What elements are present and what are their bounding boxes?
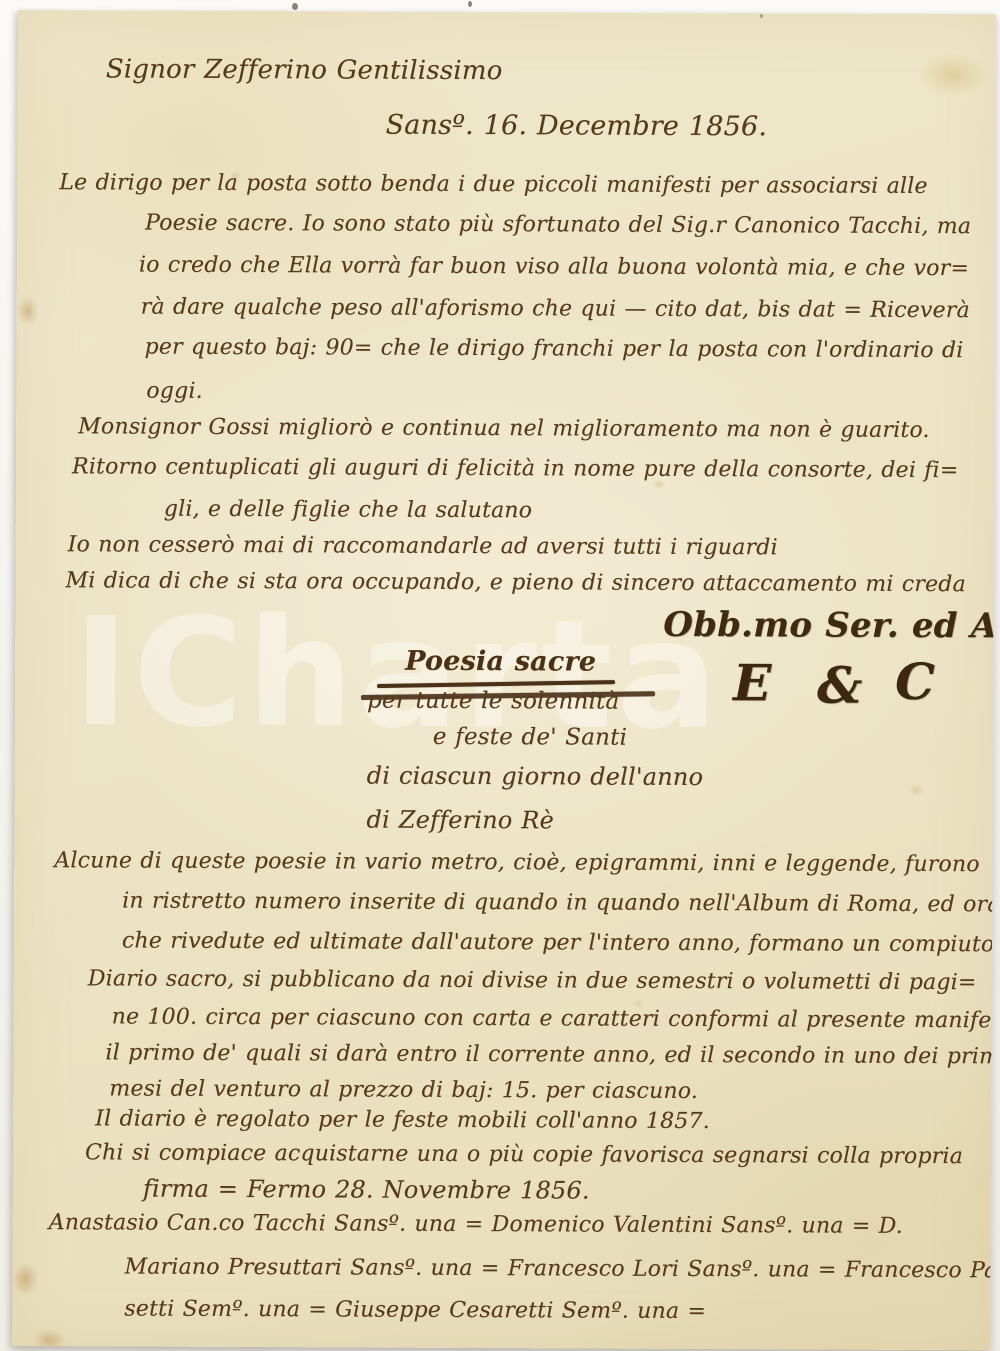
letter-body-line: Ritorno centuplicati gli auguri di felic… bbox=[72, 454, 959, 483]
letter-body-line: io credo che Ella vorrà far buon viso al… bbox=[139, 253, 969, 282]
scan-speck bbox=[292, 3, 298, 10]
manifesto-subtitle-line: per tutte le solennità bbox=[367, 688, 619, 715]
manifesto-subtitle-line: di Zefferino Rè bbox=[366, 806, 554, 835]
signature-flourish: & bbox=[817, 655, 862, 714]
manifesto-note-line: Il diario è regolato per le feste mobili… bbox=[95, 1106, 710, 1134]
salutation-line: Signor Zefferino Gentilissimo bbox=[106, 54, 503, 86]
letter-body-line: Io non cesserò mai di raccomandarle ad a… bbox=[68, 532, 778, 560]
paper-sheet: ICharta Signor Zefferino Gentilissimo Sa… bbox=[12, 10, 996, 1350]
letter-body-line: Le dirigo per la posta sotto benda i due… bbox=[59, 170, 928, 199]
manifesto-body-line: che rivedute ed ultimate dall'autore per… bbox=[122, 928, 995, 957]
subscribers-line: Anastasio Can.co Tacchi Sansº. una = Dom… bbox=[49, 1210, 903, 1239]
letter-body-line: oggi. bbox=[146, 379, 203, 404]
letter-body-line: gli, e delle figlie che la salutano bbox=[164, 497, 532, 524]
paper-stain bbox=[918, 52, 988, 98]
foxing-spot bbox=[909, 784, 925, 796]
paper-stain bbox=[32, 1328, 66, 1350]
manifesto-body-line: ne 100. circa per ciascuno con carta e c… bbox=[112, 1004, 996, 1033]
scan-background: ICharta Signor Zefferino Gentilissimo Sa… bbox=[0, 0, 1000, 1351]
manifesto-note-line: Chi si compiace acquistarne una o più co… bbox=[85, 1140, 963, 1169]
signature-inscription: Obb.mo Ser. ed Am.o bbox=[663, 605, 996, 647]
manifesto-title: Poesia sacre bbox=[405, 646, 596, 678]
paper-stain bbox=[12, 1262, 38, 1296]
letter-body-line: Monsignor Gossi migliorò e continua nel … bbox=[78, 414, 930, 443]
subscribers-line: Mariano Presuttari Sansº. una = Francesc… bbox=[124, 1254, 996, 1283]
manifesto-subtitle-line: di ciascun giorno dell'anno bbox=[367, 762, 704, 791]
paper-stain bbox=[17, 296, 39, 326]
manifesto-body-line: Alcune di queste poesie in vario metro, … bbox=[54, 848, 980, 877]
signature-flourish: C bbox=[895, 652, 935, 711]
letter-body-line: Poesie sacre. Io sono stato più sfortuna… bbox=[145, 211, 971, 240]
subscribers-line: setti Semº. una = Giuseppe Cesaretti Sem… bbox=[124, 1296, 706, 1324]
manifesto-body-line: il primo de' quali si darà entro il corr… bbox=[105, 1040, 996, 1069]
letter-body-line: per questo baj: 90= che le dirigo franch… bbox=[144, 335, 963, 364]
manifesto-body-line: Diario sacro, si pubblicano da noi divis… bbox=[88, 966, 977, 995]
manifesto-subtitle-line: e feste de' Santi bbox=[433, 724, 627, 751]
dateline: Sansº. 16. Decembre 1856. bbox=[385, 110, 767, 143]
letter-body-line: rà dare qualche peso all'aforismo che qu… bbox=[141, 295, 970, 324]
manifesto-body-line: mesi del venturo al prezzo di baj: 15. p… bbox=[109, 1076, 698, 1104]
manifesto-body-line: in ristretto numero inserite di quando i… bbox=[122, 888, 996, 917]
scan-speck bbox=[468, 1, 472, 7]
scan-speck bbox=[760, 14, 763, 18]
letter-body-line: Mi dica di che si sta ora occupando, e p… bbox=[65, 568, 965, 597]
signature-flourish: E bbox=[733, 653, 771, 712]
manifesto-place-date-line: firma = Fermo 28. Novembre 1856. bbox=[143, 1175, 590, 1205]
